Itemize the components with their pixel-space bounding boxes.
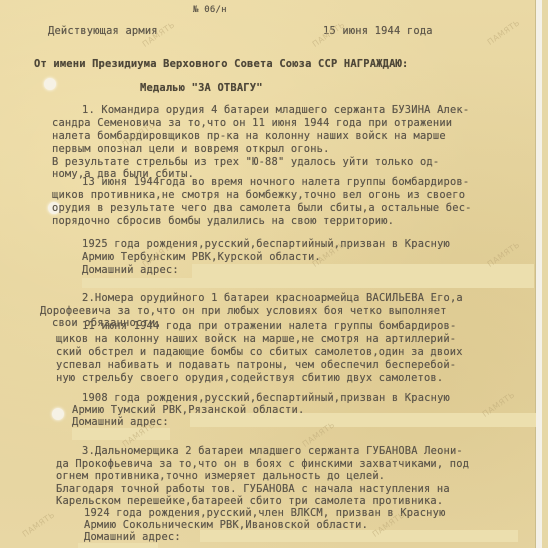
entry-line: 11 июня 1944 года при отражении налета г… [82,320,456,332]
redacted-address [72,428,170,440]
punch-hole [44,78,56,90]
entry-line: Благодаря точной работы тов. ГУБАНОВА с … [56,483,450,495]
medal-title: Медалью "ЗА ОТВАГУ" [140,82,263,94]
bio-line: 1908 года рождения,русский,беспартийный,… [82,392,450,404]
page-edge [535,0,542,548]
bio-line: 1925 года рождения,русский,беспартийный,… [82,238,450,250]
entry-line: порядочно сбросив бомбы удалились на сво… [52,215,394,227]
redacted-address [192,264,534,288]
redacted-address [82,278,192,288]
entry-line: В результате стрельбы из трех "Ю-88" уда… [52,156,439,168]
entry-line: сандра Семеновича за то,что он 11 июня 1… [52,117,452,129]
address-label: Домашний адрес: [84,531,181,543]
redacted-address [200,530,518,542]
order-number: № 06/н [193,4,227,16]
entry-line: да Прокофьевича за то,что он в боях с фи… [56,458,469,470]
entry-line: Карельском перешейке,батареей сбито три … [56,495,443,507]
bio-line: Армию Тербунским РВК,Курской области. [82,251,321,263]
watermark: ПАМЯТЬ [486,18,522,47]
entry-line: успевал набивать и подавать патроны, чем… [56,359,456,371]
entry-line: щиков на колонну наших войск на марше,не… [56,333,456,345]
entry-line: 3.Дальномерщика 2 батареи младшего сержа… [82,445,463,457]
entry-line: налета бомбардировщиков пр-ка на колонну… [52,130,446,142]
document-page: № 06/н Действующая армия 15 июня 1944 го… [0,0,542,548]
watermark: ПАМЯТЬ [21,510,57,539]
entry-line: щиков противника,не смотря на бомбежку,т… [52,189,465,201]
punch-hole [52,408,64,420]
redacted-address [78,543,158,548]
entry-line: ную стрельбу своего орудия,содействуя сб… [56,372,443,384]
entry-line: огнем противника,точно измеряет дальност… [56,470,385,482]
decree-heading: От имени Президиума Верховного Совета Со… [34,58,408,70]
address-label: Домашний адрес: [82,264,179,276]
entry-line: 13 июня 1944года во время ночного налета… [82,176,469,188]
entry-line: Дорофеевича за то,что он при любых услов… [40,305,447,317]
entry-line: 1. Командира орудия 4 батареи младшего с… [82,104,469,116]
entry-line: орудия в результате чего два самолета бы… [52,202,472,214]
entry-line: ский обстрел и падающие бомбы со сбитых … [56,346,463,358]
entry-line: 2.Номера орудийного 1 батареи красноарме… [82,292,463,304]
entry-line: первым опознал цели и вовремя открыл ого… [52,143,330,155]
place: Действующая армия [48,25,158,37]
